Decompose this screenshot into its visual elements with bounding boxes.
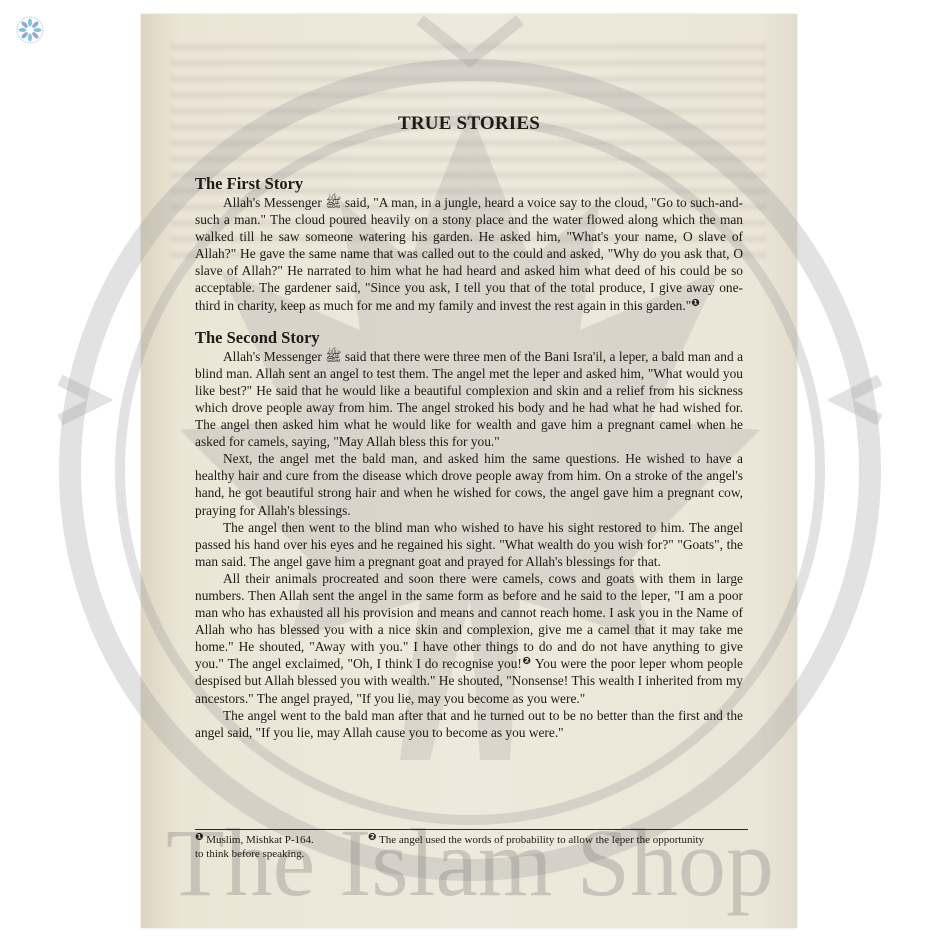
story-heading: The First Story [195, 174, 743, 194]
story-paragraph: The angel then went to the blind man who… [195, 519, 743, 570]
page-content: TRUE STORIES The First Story Allah's Mes… [195, 112, 743, 755]
story-2: The Second Story Allah's Messenger ﷺ sai… [195, 328, 743, 741]
story-paragraph: The angel went to the bald man after tha… [195, 707, 743, 741]
story-paragraph: Allah's Messenger ﷺ said that there were… [195, 348, 743, 451]
footnote-continuation: to think before speaking. [195, 847, 748, 861]
story-paragraph: All their animals procreated and soon th… [195, 570, 743, 707]
story-paragraph: Next, the angel met the bald man, and as… [195, 450, 743, 518]
footnotes: ❶ Muslim, Mishkat P-164. ❷ The angel use… [195, 829, 748, 861]
story-paragraph: Allah's Messenger ﷺ said, "A man, in a j… [195, 194, 743, 314]
story-heading: The Second Story [195, 328, 743, 348]
footnote-1: ❶ Muslim, Mishkat P-164. [195, 833, 368, 847]
footnote-marker-1[interactable]: ❶ [691, 298, 699, 309]
page-title: TRUE STORIES [195, 112, 743, 136]
footnote-marker-2[interactable]: ❷ [522, 656, 532, 667]
site-logo-icon [15, 15, 45, 45]
story-1: The First Story Allah's Messenger ﷺ said… [195, 174, 743, 314]
footnote-2: ❷ The angel used the words of probabilit… [368, 833, 748, 847]
